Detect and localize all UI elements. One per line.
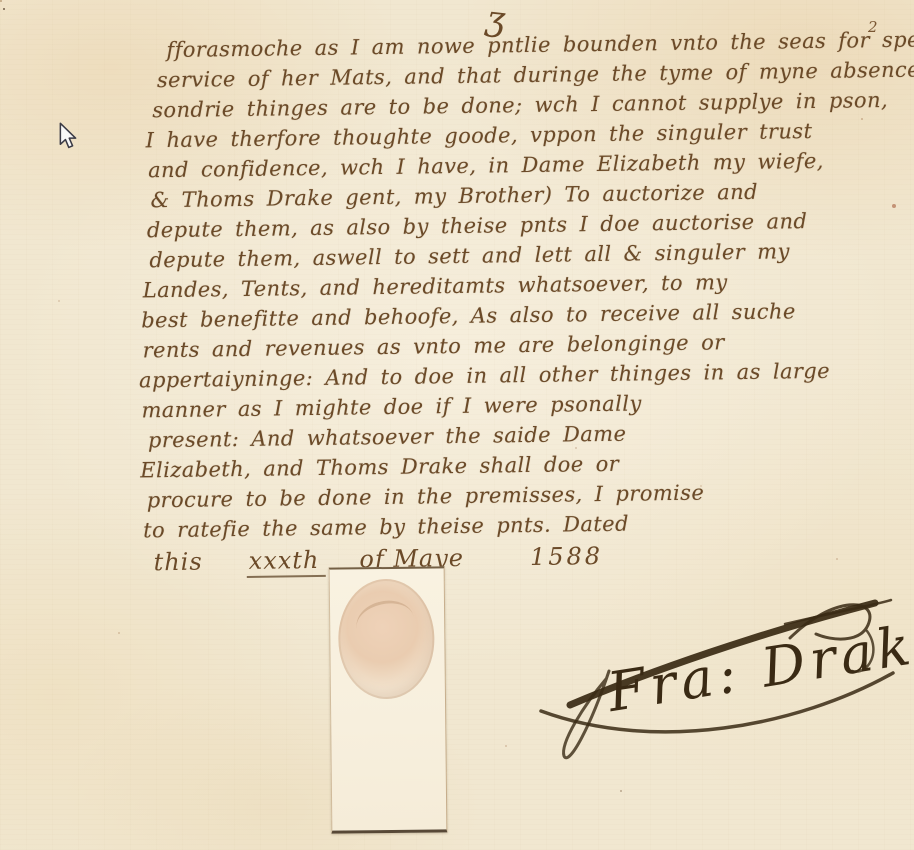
date-year: 1588 xyxy=(530,542,603,571)
day-numeral: xxxth xyxy=(246,546,325,578)
manuscript-text: fforasmoche as I am nowe pntlie bounden … xyxy=(134,25,914,580)
signature: Fra: Drake xyxy=(535,575,914,790)
date-prefix: this xyxy=(153,548,202,577)
foxing-speckles xyxy=(0,0,2,2)
wax-seal-strip xyxy=(329,566,448,833)
manuscript-page: ʒ 2 fforasmoche as I am nowe pntlie boun… xyxy=(0,0,914,850)
mouse-cursor-icon xyxy=(58,122,78,150)
seal-impression-icon xyxy=(338,579,435,700)
signature-text: Fra: Drake xyxy=(602,608,914,725)
